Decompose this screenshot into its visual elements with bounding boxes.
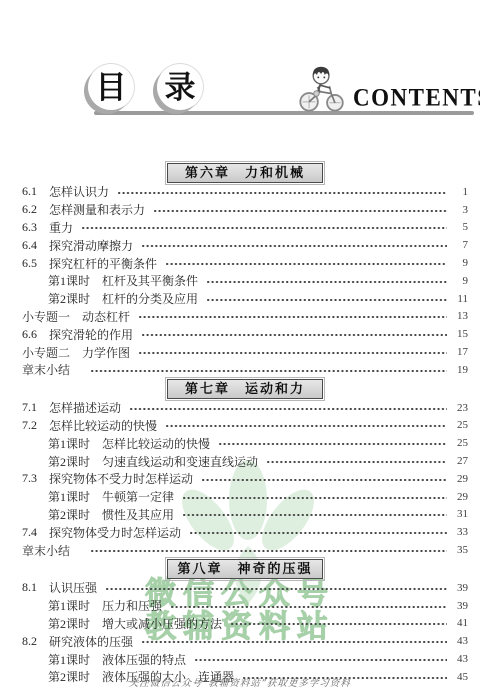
toc-entry: 7.4探究物体受力时怎样运动33: [22, 523, 468, 541]
dot-leader: [202, 477, 447, 483]
dot-leader: [171, 604, 447, 610]
entry-label: 7.2: [22, 418, 37, 433]
kid-on-bicycle-icon: [296, 64, 348, 112]
entry-title: 怎样比较运动的快慢: [49, 417, 157, 434]
chapter-title-box: 第八章 神奇的压强: [167, 559, 323, 579]
dot-leader: [190, 530, 447, 536]
page-header: 目 录 CONTENTS: [0, 62, 480, 120]
dot-leader: [183, 512, 447, 518]
entry-title: 怎样认识力: [49, 183, 109, 200]
dot-leader: [118, 190, 447, 196]
entry-page-number: 25: [452, 419, 468, 431]
entry-page-number: 25: [452, 437, 468, 449]
entry-label: 6.6: [22, 327, 37, 342]
toc-entry: 7.1怎样描述运动23: [22, 399, 468, 417]
chapter-entry-list: 7.1怎样描述运动237.2怎样比较运动的快慢25第1课时怎样比较运动的快慢25…: [22, 399, 468, 559]
dot-leader: [139, 314, 447, 320]
dot-leader: [231, 621, 447, 627]
entry-title: 增大或减小压强的方法: [102, 615, 222, 632]
chapter-entry-list: 6.1怎样认识力16.2怎样测量和表示力36.3重力56.4探究滑动摩擦力76.…: [22, 183, 468, 379]
entry-title: 压力和压强: [102, 597, 162, 614]
entry-label: 6.3: [22, 220, 37, 235]
entry-label: 7.4: [22, 525, 37, 540]
title-char-lu: 录: [165, 72, 196, 103]
chapter-section: 第八章 神奇的压强8.1认识压强39第1课时压力和压强39第2课时增大或减小压强…: [22, 559, 468, 686]
entry-title: 探究物体不受力时怎样运动: [49, 470, 193, 487]
dot-leader: [207, 279, 447, 285]
toc-entry: 章末小结35: [22, 541, 468, 559]
contents-label: CONTENTS: [353, 83, 480, 112]
dot-leader: [195, 657, 447, 663]
entry-title: 惯性及其应用: [102, 506, 174, 523]
entry-label: 7.3: [22, 471, 37, 486]
entry-title: 杠杆的分类及应用: [102, 290, 198, 307]
entry-label: 6.5: [22, 256, 37, 271]
entry-label: 第2课时: [48, 290, 90, 307]
entry-title: 重力: [49, 219, 73, 236]
toc-entry: 8.1认识压强39: [22, 579, 468, 597]
entry-title: 探究物体受力时怎样运动: [49, 524, 181, 541]
entry-page-number: 39: [452, 600, 468, 612]
entry-label: 6.1: [22, 184, 37, 199]
toc-entry: 第1课时怎样比较运动的快慢25: [22, 434, 468, 452]
toc-entry: 第2课时惯性及其应用31: [22, 506, 468, 524]
entry-label: 章末小结: [22, 361, 70, 378]
dot-leader: [154, 208, 447, 214]
entry-page-number: 33: [452, 526, 468, 538]
entry-page-number: 17: [452, 346, 468, 358]
entry-title: 认识压强: [49, 579, 97, 596]
dot-leader: [142, 332, 447, 338]
entry-label: 章末小结: [22, 542, 70, 559]
dot-leader: [142, 639, 447, 645]
entry-page-number: 1: [452, 186, 468, 198]
entry-page-number: 3: [452, 204, 468, 216]
title-circle-lu: 录: [157, 64, 203, 110]
dot-leader: [219, 441, 447, 447]
toc-entry: 6.2怎样测量和表示力3: [22, 201, 468, 219]
entry-title: 牛顿第一定律: [102, 488, 174, 505]
toc-entry: 6.1怎样认识力1: [22, 183, 468, 201]
toc-entry: 第1课时杠杆及其平衡条件9: [22, 272, 468, 290]
entry-label: 第1课时: [48, 597, 90, 614]
entry-page-number: 41: [452, 617, 468, 629]
toc-entry: 6.4探究滑动摩擦力7: [22, 236, 468, 254]
toc-entry: 章末小结19: [22, 361, 468, 379]
entry-page-number: 9: [452, 275, 468, 287]
toc-entry: 7.3探究物体不受力时怎样运动29: [22, 470, 468, 488]
entry-title: 研究液体的压强: [49, 633, 133, 650]
toc-entry: 6.3重力5: [22, 219, 468, 237]
toc-entry: 第2课时增大或减小压强的方法41: [22, 615, 468, 633]
chapter-entry-list: 8.1认识压强39第1课时压力和压强39第2课时增大或减小压强的方法418.2研…: [22, 579, 468, 686]
entry-title: 怎样测量和表示力: [49, 201, 145, 218]
entry-title: 动态杠杆: [82, 308, 130, 325]
entry-label: 第1课时: [48, 651, 90, 668]
dot-leader: [106, 586, 447, 592]
chapter-title-box: 第七章 运动和力: [167, 379, 323, 399]
toc-entry: 小专题一动态杠杆13: [22, 308, 468, 326]
entry-label: 6.4: [22, 238, 37, 253]
entry-title: 怎样比较运动的快慢: [102, 435, 210, 452]
entry-title: 怎样描述运动: [49, 399, 121, 416]
dot-leader: [183, 495, 447, 501]
dot-leader: [267, 459, 447, 465]
footer-watermark-note: 关注微信公众号“教辅资料站”获取更多学习资料: [0, 675, 480, 689]
toc-entry: 6.6探究滑轮的作用15: [22, 325, 468, 343]
entry-label: 小专题二: [22, 344, 70, 361]
dot-leader: [166, 261, 447, 267]
entry-page-number: 31: [452, 508, 468, 520]
entry-page-number: 35: [452, 544, 468, 556]
entry-page-number: 11: [452, 293, 468, 305]
chapter-section: 第六章 力和机械6.1怎样认识力16.2怎样测量和表示力36.3重力56.4探究…: [22, 163, 468, 379]
dot-leader: [166, 423, 447, 429]
entry-page-number: 29: [452, 473, 468, 485]
toc-page: 目 录 CONTENTS 微信公: [0, 0, 480, 691]
entry-page-number: 9: [452, 257, 468, 269]
entry-label: 第2课时: [48, 453, 90, 470]
entry-title: 探究滑轮的作用: [49, 326, 133, 343]
dot-leader: [139, 350, 447, 356]
dot-leader: [91, 368, 447, 374]
toc-entry: 6.5探究杠杆的平衡条件9: [22, 254, 468, 272]
entry-label: 8.2: [22, 634, 37, 649]
entry-title: 液体压强的特点: [102, 651, 186, 668]
toc-entry: 第1课时液体压强的特点43: [22, 650, 468, 668]
toc-entry: 小专题二力学作图17: [22, 343, 468, 361]
chapter-title-box: 第六章 力和机械: [167, 163, 323, 183]
entry-page-number: 29: [452, 491, 468, 503]
entry-page-number: 5: [452, 221, 468, 233]
dot-leader: [207, 297, 447, 303]
entry-label: 第2课时: [48, 615, 90, 632]
entry-page-number: 39: [452, 582, 468, 594]
entry-page-number: 43: [452, 653, 468, 665]
entry-title: 探究滑动摩擦力: [49, 237, 133, 254]
title-char-mu: 目: [96, 72, 127, 103]
toc-entry: 第1课时压力和压强39: [22, 597, 468, 615]
entry-page-number: 27: [452, 455, 468, 467]
entry-label: 7.1: [22, 400, 37, 415]
entry-label: 小专题一: [22, 308, 70, 325]
entry-page-number: 15: [452, 328, 468, 340]
entry-label: 6.2: [22, 202, 37, 217]
entry-page-number: 43: [452, 635, 468, 647]
toc-entry: 第2课时杠杆的分类及应用11: [22, 290, 468, 308]
entry-label: 第2课时: [48, 506, 90, 523]
entry-title: 探究杠杆的平衡条件: [49, 255, 157, 272]
toc-entry: 7.2怎样比较运动的快慢25: [22, 417, 468, 435]
entry-label: 第1课时: [48, 435, 90, 452]
toc-entry: 第1课时牛顿第一定律29: [22, 488, 468, 506]
dot-leader: [91, 548, 447, 554]
toc-entry: 第2课时匀速直线运动和变速直线运动27: [22, 452, 468, 470]
dot-leader: [130, 406, 447, 412]
entry-page-number: 13: [452, 310, 468, 322]
toc: 第六章 力和机械6.1怎样认识力16.2怎样测量和表示力36.3重力56.4探究…: [22, 163, 468, 686]
entry-title: 匀速直线运动和变速直线运动: [102, 453, 258, 470]
entry-label: 8.1: [22, 580, 37, 595]
entry-page-number: 23: [452, 402, 468, 414]
dot-leader: [142, 243, 447, 249]
dot-leader: [82, 225, 447, 231]
entry-title: 杠杆及其平衡条件: [102, 272, 198, 289]
entry-label: 第1课时: [48, 272, 90, 289]
entry-label: 第1课时: [48, 488, 90, 505]
chapter-section: 第七章 运动和力7.1怎样描述运动237.2怎样比较运动的快慢25第1课时怎样比…: [22, 379, 468, 559]
entry-page-number: 7: [452, 239, 468, 251]
entry-page-number: 19: [452, 364, 468, 376]
title-circle-mu: 目: [88, 64, 134, 110]
toc-entry: 8.2研究液体的压强43: [22, 632, 468, 650]
entry-title: 力学作图: [82, 344, 130, 361]
